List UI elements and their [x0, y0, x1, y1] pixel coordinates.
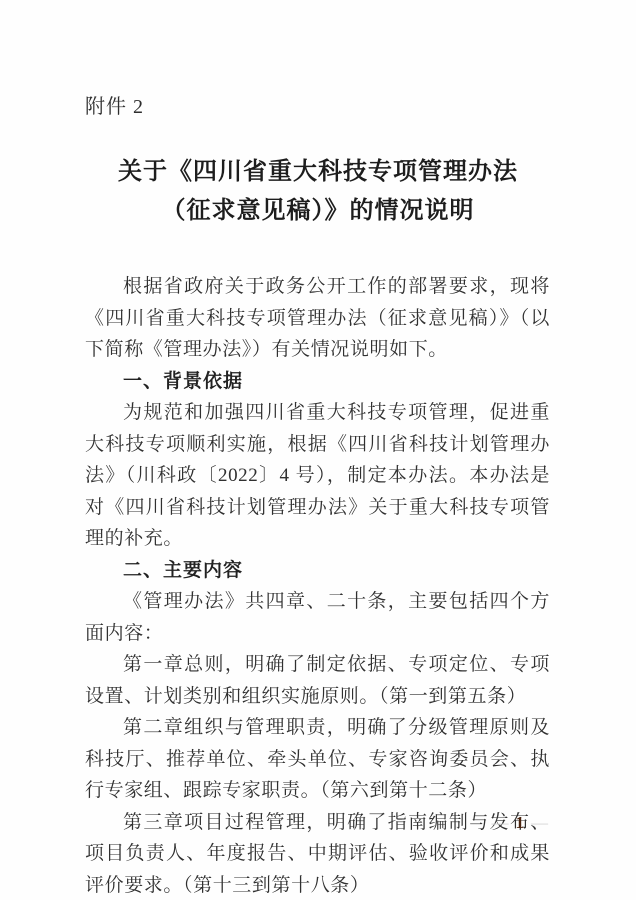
paragraph-overview: 《管理办法》共四章、二十条，主要包括四个方面内容： — [85, 586, 550, 649]
page-number-right-dash: — — [531, 814, 548, 831]
page-number-left-dash: — — [492, 814, 509, 831]
paragraph-background-basis: 为规范和加强四川省重大科技专项管理，促进重大科技专项顺利实施，根据《四川省科技计… — [85, 397, 550, 555]
document-title-line-2: （征求意见稿）》的情况说明 — [0, 192, 636, 231]
page-number: — 1 — — [492, 814, 549, 831]
paragraph-chapter-2: 第二章组织与管理职责，明确了分级管理原则及科技厅、推荐单位、牵头单位、专家咨询委… — [85, 712, 550, 807]
document-page: 附件 2 关于《四川省重大科技专项管理办法 （征求意见稿）》的情况说明 根据省政… — [0, 0, 636, 900]
section-heading-background-basis: 一、背景依据 — [85, 366, 550, 398]
page-number-value: 1 — [516, 814, 525, 831]
document-title-line-1: 关于《四川省重大科技专项管理办法 — [0, 153, 636, 192]
document-body: 根据省政府关于政务公开工作的部署要求，现将《四川省重大科技专项管理办法（征求意见… — [85, 271, 550, 900]
paragraph-chapter-3: 第三章项目过程管理，明确了指南编制与发布、项目负责人、年度报告、中期评估、验收评… — [85, 807, 550, 900]
paragraph-intro: 根据省政府关于政务公开工作的部署要求，现将《四川省重大科技专项管理办法（征求意见… — [85, 271, 550, 366]
section-heading-main-content: 二、主要内容 — [85, 555, 550, 587]
paragraph-chapter-1: 第一章总则，明确了制定依据、专项定位、专项设置、计划类别和组织实施原则。（第一到… — [85, 649, 550, 712]
document-title: 关于《四川省重大科技专项管理办法 （征求意见稿）》的情况说明 — [0, 153, 636, 231]
attachment-label: 附件 2 — [85, 0, 636, 119]
